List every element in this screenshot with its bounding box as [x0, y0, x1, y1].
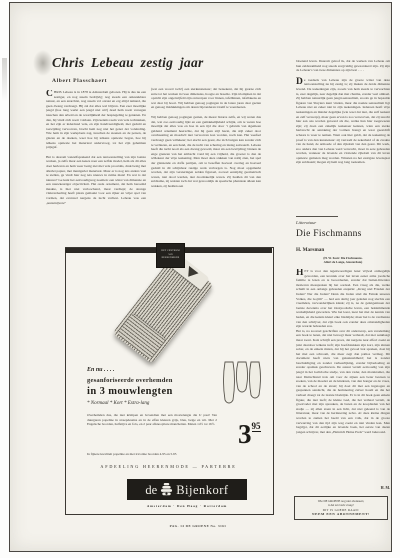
paragraph-text: HRIS Lebeau is in 1878 te Amsterdam gebo…: [46, 90, 146, 149]
shirt-cuffs: [117, 313, 166, 359]
ad-body-text: Overhemden dus, die niet krimpen en bove…: [87, 413, 217, 450]
price-cents: 95: [252, 421, 261, 432]
striped-shirt-icon: [113, 254, 214, 364]
brand-prefix: de: [145, 484, 157, 496]
scanned-newspaper-page: Chris Lebeau zestig jaar Albert Plasscha…: [0, 0, 400, 558]
dropcap-letter: D: [296, 78, 304, 86]
brand-name: Bijenkorf: [176, 484, 228, 496]
price-integer: 3: [238, 419, 252, 449]
ad-headline-small: gesanforiseerde overhemden: [87, 377, 173, 384]
bijenkorf-logo: de Bijenkorf: [127, 479, 247, 500]
section-divider-rule: [296, 216, 338, 217]
ad-headline-large: in 3 mouwlengten: [87, 386, 173, 397]
paragraph-text: e raadsels van Lebeau zijn de groote win…: [296, 78, 390, 165]
ad-badge: HET CENTRUM VAN HEERENMODE: [156, 243, 185, 268]
paragraph: (wat een woord toch!) een sierkunstenaar…: [151, 87, 261, 110]
article-column-3: bloeiend leven. Daarom geloof ik, dat de…: [296, 59, 390, 206]
scan-smudge: [2, 58, 7, 102]
promo-line: NEEM EEN ABONNEMENT!: [295, 512, 387, 516]
price: 395: [238, 421, 261, 448]
article-author: Albert Plasschaert: [52, 78, 107, 84]
section-label: Litteratuur: [296, 220, 316, 225]
paragraph: Het is daarom vanzelfsprekend dat een te…: [46, 155, 146, 206]
article-column-1: CHRIS Lebeau is in 1878 te Amsterdam geb…: [46, 90, 146, 246]
review-text: ET is voor den tegenwoordigen lezer vrij…: [296, 269, 390, 434]
scan-smudge: [33, 50, 53, 76]
paragraph: De raadsels van Lebeau zijn de groote wi…: [296, 78, 390, 165]
beehive-icon: [160, 482, 173, 497]
paragraph: bloeiend leven. Daarom geloof ik, dat de…: [296, 59, 390, 73]
article-column-2: (wat een woord toch!) een sierkunstenaar…: [151, 87, 261, 246]
store-cities: Amsterdam · Den Haag · Rotterdam: [127, 504, 247, 508]
ad-sleeve-options: * Normaal * Kort * Extra-lang: [87, 401, 149, 406]
badge-line: HEERENMODE: [157, 257, 184, 260]
review-body: HET is voor den tegenwoordigen lezer vri…: [296, 269, 390, 488]
page-footer: PAG. 14 DE GROENE No. 3161: [118, 524, 278, 528]
department-line: AFDEELING HEERENMODE — PARTERRE: [75, 464, 262, 469]
paragraph: CHRIS Lebeau is in 1878 te Amsterdam geb…: [46, 90, 146, 150]
review-title: Die Fischmanns: [296, 229, 362, 239]
dropcap-letter: C: [46, 90, 54, 98]
shirt-illustration: [110, 257, 220, 361]
paragraph: Wij hebben genoeg pogingen gezien, de me…: [151, 115, 261, 189]
book-credit-line: Allert de Lange, Amsterdam): [296, 261, 390, 265]
sleeve-lengths-icon: [221, 359, 263, 407]
review-signature: H. M.: [296, 486, 390, 490]
article-title: Chris Lebeau zestig jaar: [52, 55, 222, 71]
subscription-promo-box: Wie DE GROENE nog niet abonneert, is dat…: [294, 496, 388, 520]
ad-intro-line: En nu . . . .: [87, 367, 115, 373]
review-author: H. Marsman: [296, 247, 324, 253]
ad-body-text: In fijnere kwaliteit popeline en met tri…: [87, 452, 217, 457]
